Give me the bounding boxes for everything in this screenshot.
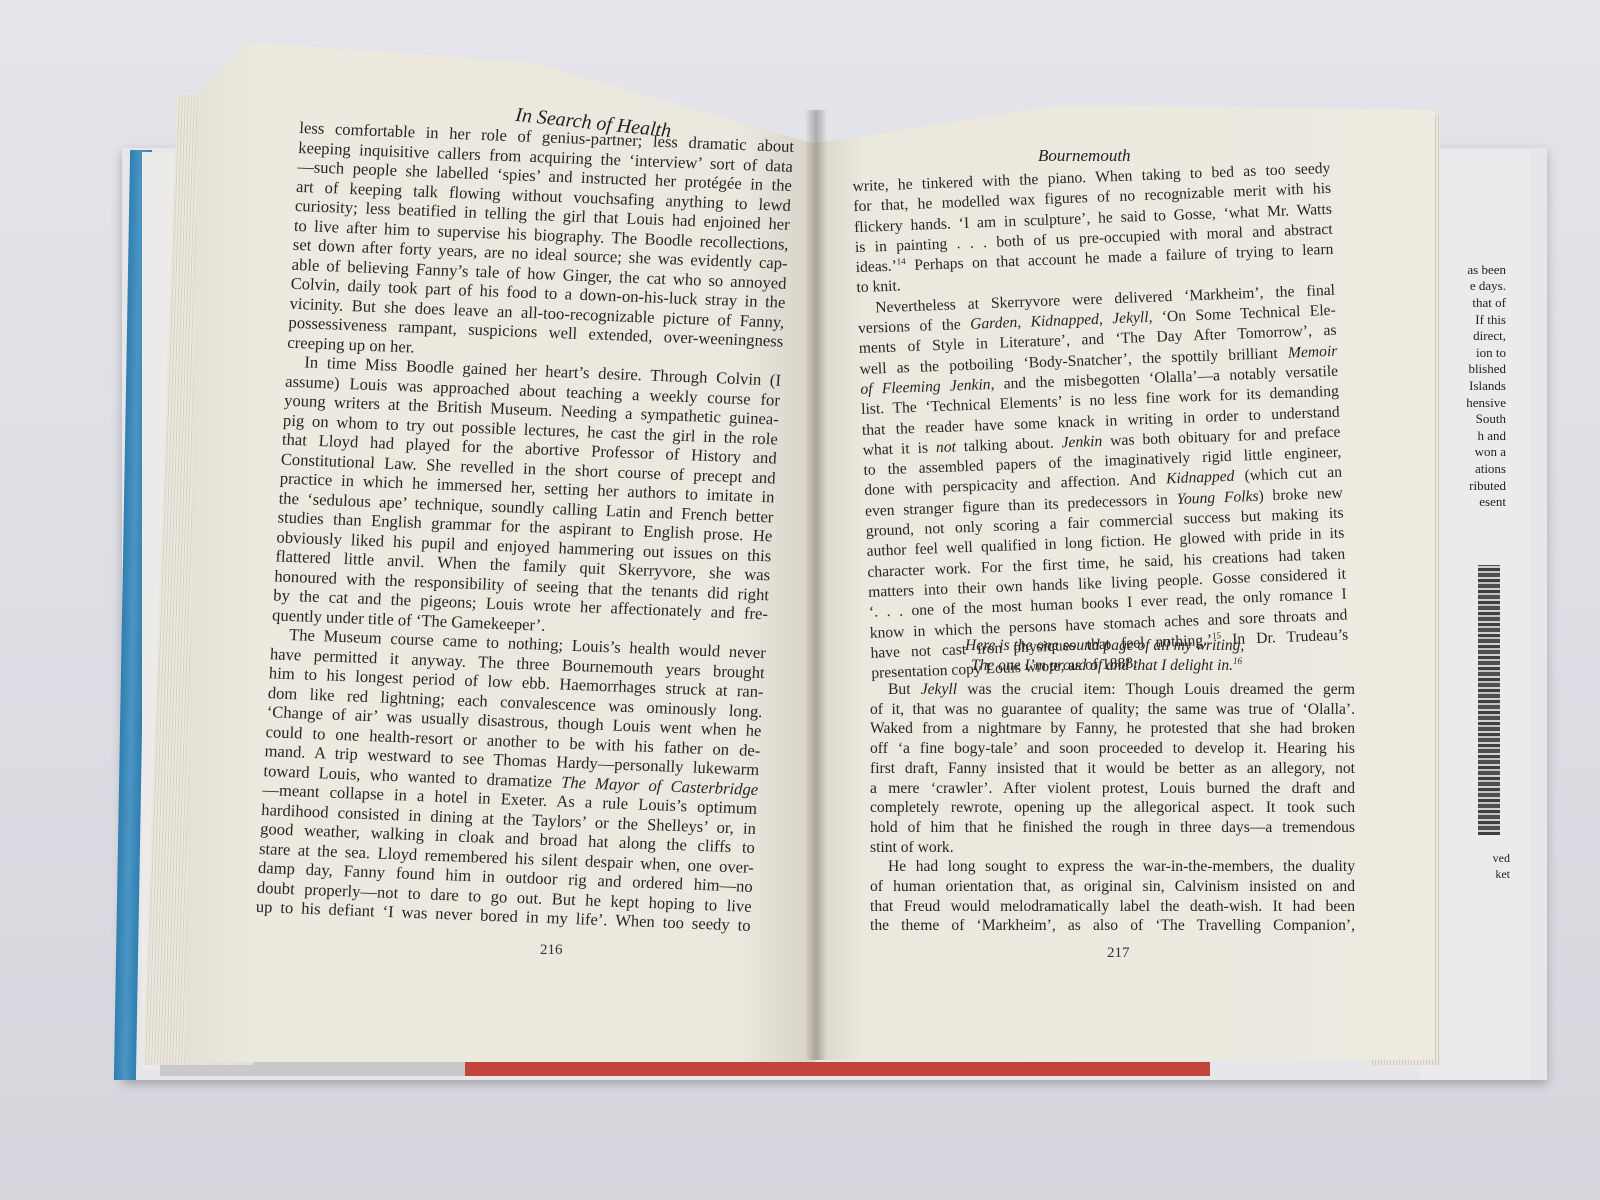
text-line: that Freud would melodramatically label … [870, 897, 1355, 917]
text-line: the theme of ‘Markheim’, as also of ‘The… [870, 916, 1355, 936]
text-line: completely rewrote, opening up the alleg… [870, 798, 1355, 818]
verse-quotation: Here is the one sound page of all my wri… [965, 636, 1244, 676]
red-cloth-cover-edge [465, 1062, 1210, 1076]
right-flap-lines: as been e days. that of If this direct, … [1466, 262, 1506, 509]
text-line: of human orientation that, as original s… [870, 877, 1355, 897]
left-page-body-text: less comfortable in her role of genius-p… [255, 118, 794, 935]
text-line: He had long sought to express the war-in… [870, 857, 1355, 877]
right-page-body-text-upper: write, he tinkered with the piano. When … [852, 159, 1349, 684]
text-line: But Jekyll was the crucial item: Though … [870, 680, 1355, 700]
book-gutter [805, 110, 827, 1060]
right-flap-bottom-text: ved ket [1470, 850, 1510, 882]
barcode-strip [1478, 565, 1500, 835]
text-line: first draft, Fanny insisted that it woul… [870, 759, 1355, 779]
right-page-body-text-lower: But Jekyll was the crucial item: Though … [870, 680, 1355, 936]
text-line: The one I’m proud of and that I delight … [965, 656, 1244, 676]
page-number-left: 216 [540, 942, 563, 959]
page-number-right: 217 [1107, 945, 1130, 962]
text-line: stint of work. [870, 838, 1355, 858]
running-head-right: Bournemouth [1038, 146, 1131, 166]
text-line: off ‘a fine bogy-tale’ and soon proceede… [870, 739, 1355, 759]
text-line: Here is the one sound page of all my wri… [965, 636, 1244, 656]
text-line: Waked from a nightmare by Fanny, he prot… [870, 719, 1355, 739]
text-line: a mere ‘crawler’. After violent protest,… [870, 779, 1355, 799]
text-line: hold of him that he finished the rough i… [870, 818, 1355, 838]
book-photo-scene: h p c s h t t r s N b b h li Y fi v L t … [0, 0, 1600, 1200]
text-line: of it, that was no guarantee of quality;… [870, 700, 1355, 720]
